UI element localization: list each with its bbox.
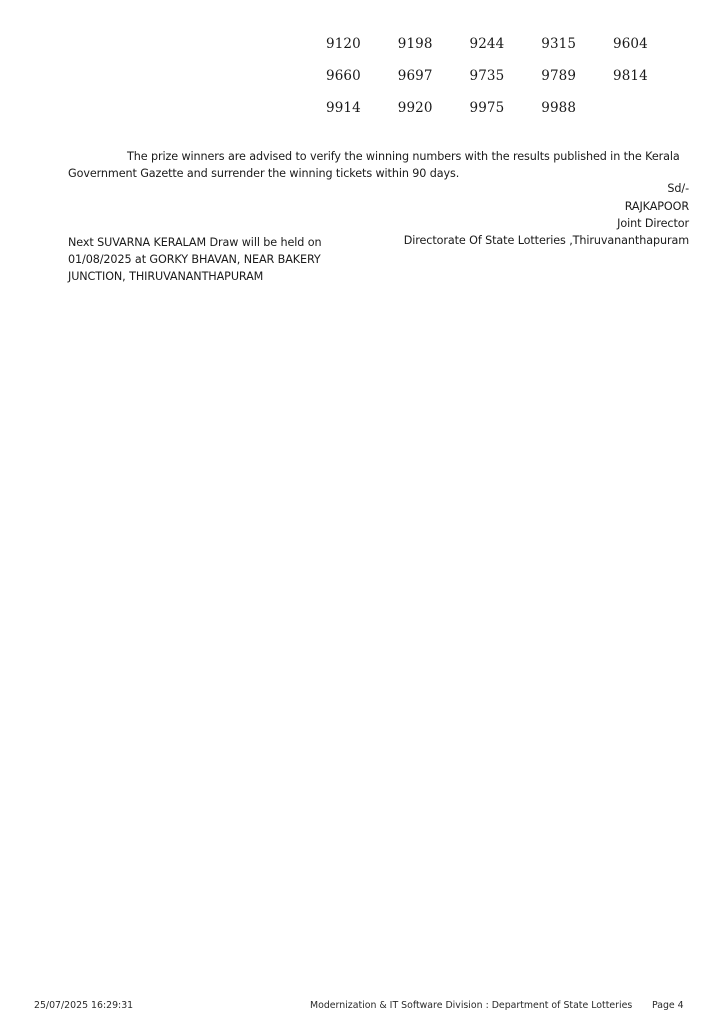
number-row: 9660 9697 9735 9789 9814 xyxy=(326,60,685,92)
winning-number: 9735 xyxy=(470,68,542,84)
signatory-department: Directorate Of State Lotteries ,Thiruvan… xyxy=(404,234,689,247)
winning-number: 9244 xyxy=(470,36,542,52)
next-draw-line-2: 01/08/2025 at GORKY BHAVAN, NEAR BAKERY xyxy=(68,251,338,268)
winning-number: 9697 xyxy=(398,68,470,84)
next-draw-line-1: Next SUVARNA KERALAM Draw will be held o… xyxy=(68,234,338,251)
winning-numbers-grid: 9120 9198 9244 9315 9604 9660 9697 9735 … xyxy=(326,28,685,124)
winning-number: 9988 xyxy=(541,100,613,116)
signatory-name: RAJKAPOOR xyxy=(625,200,689,213)
winning-number: 9789 xyxy=(541,68,613,84)
signature-sd: Sd/- xyxy=(667,182,689,195)
number-row: 9120 9198 9244 9315 9604 xyxy=(326,28,685,60)
footer-division: Modernization & IT Software Division : D… xyxy=(310,1000,632,1011)
advice-paragraph: The prize winners are advised to verify … xyxy=(68,148,688,182)
next-draw-line-3: JUNCTION, THIRUVANANTHAPURAM xyxy=(68,268,338,285)
winning-number: 9920 xyxy=(398,100,470,116)
winning-number: 9814 xyxy=(613,68,685,84)
winning-number: 9315 xyxy=(541,36,613,52)
winning-number: 9914 xyxy=(326,100,398,116)
next-draw-notice: Next SUVARNA KERALAM Draw will be held o… xyxy=(68,234,338,285)
winning-number: 9660 xyxy=(326,68,398,84)
advice-line-2: Government Gazette and surrender the win… xyxy=(68,165,688,182)
winning-number: 9604 xyxy=(613,36,685,52)
signatory-title: Joint Director xyxy=(617,217,689,230)
footer-page-number: Page 4 xyxy=(652,1000,684,1011)
winning-number: 9198 xyxy=(398,36,470,52)
number-row: 9914 9920 9975 9988 xyxy=(326,92,685,124)
advice-line-1: The prize winners are advised to verify … xyxy=(68,148,688,165)
footer-timestamp: 25/07/2025 16:29:31 xyxy=(34,1000,133,1011)
winning-number: 9120 xyxy=(326,36,398,52)
winning-number: 9975 xyxy=(470,100,542,116)
